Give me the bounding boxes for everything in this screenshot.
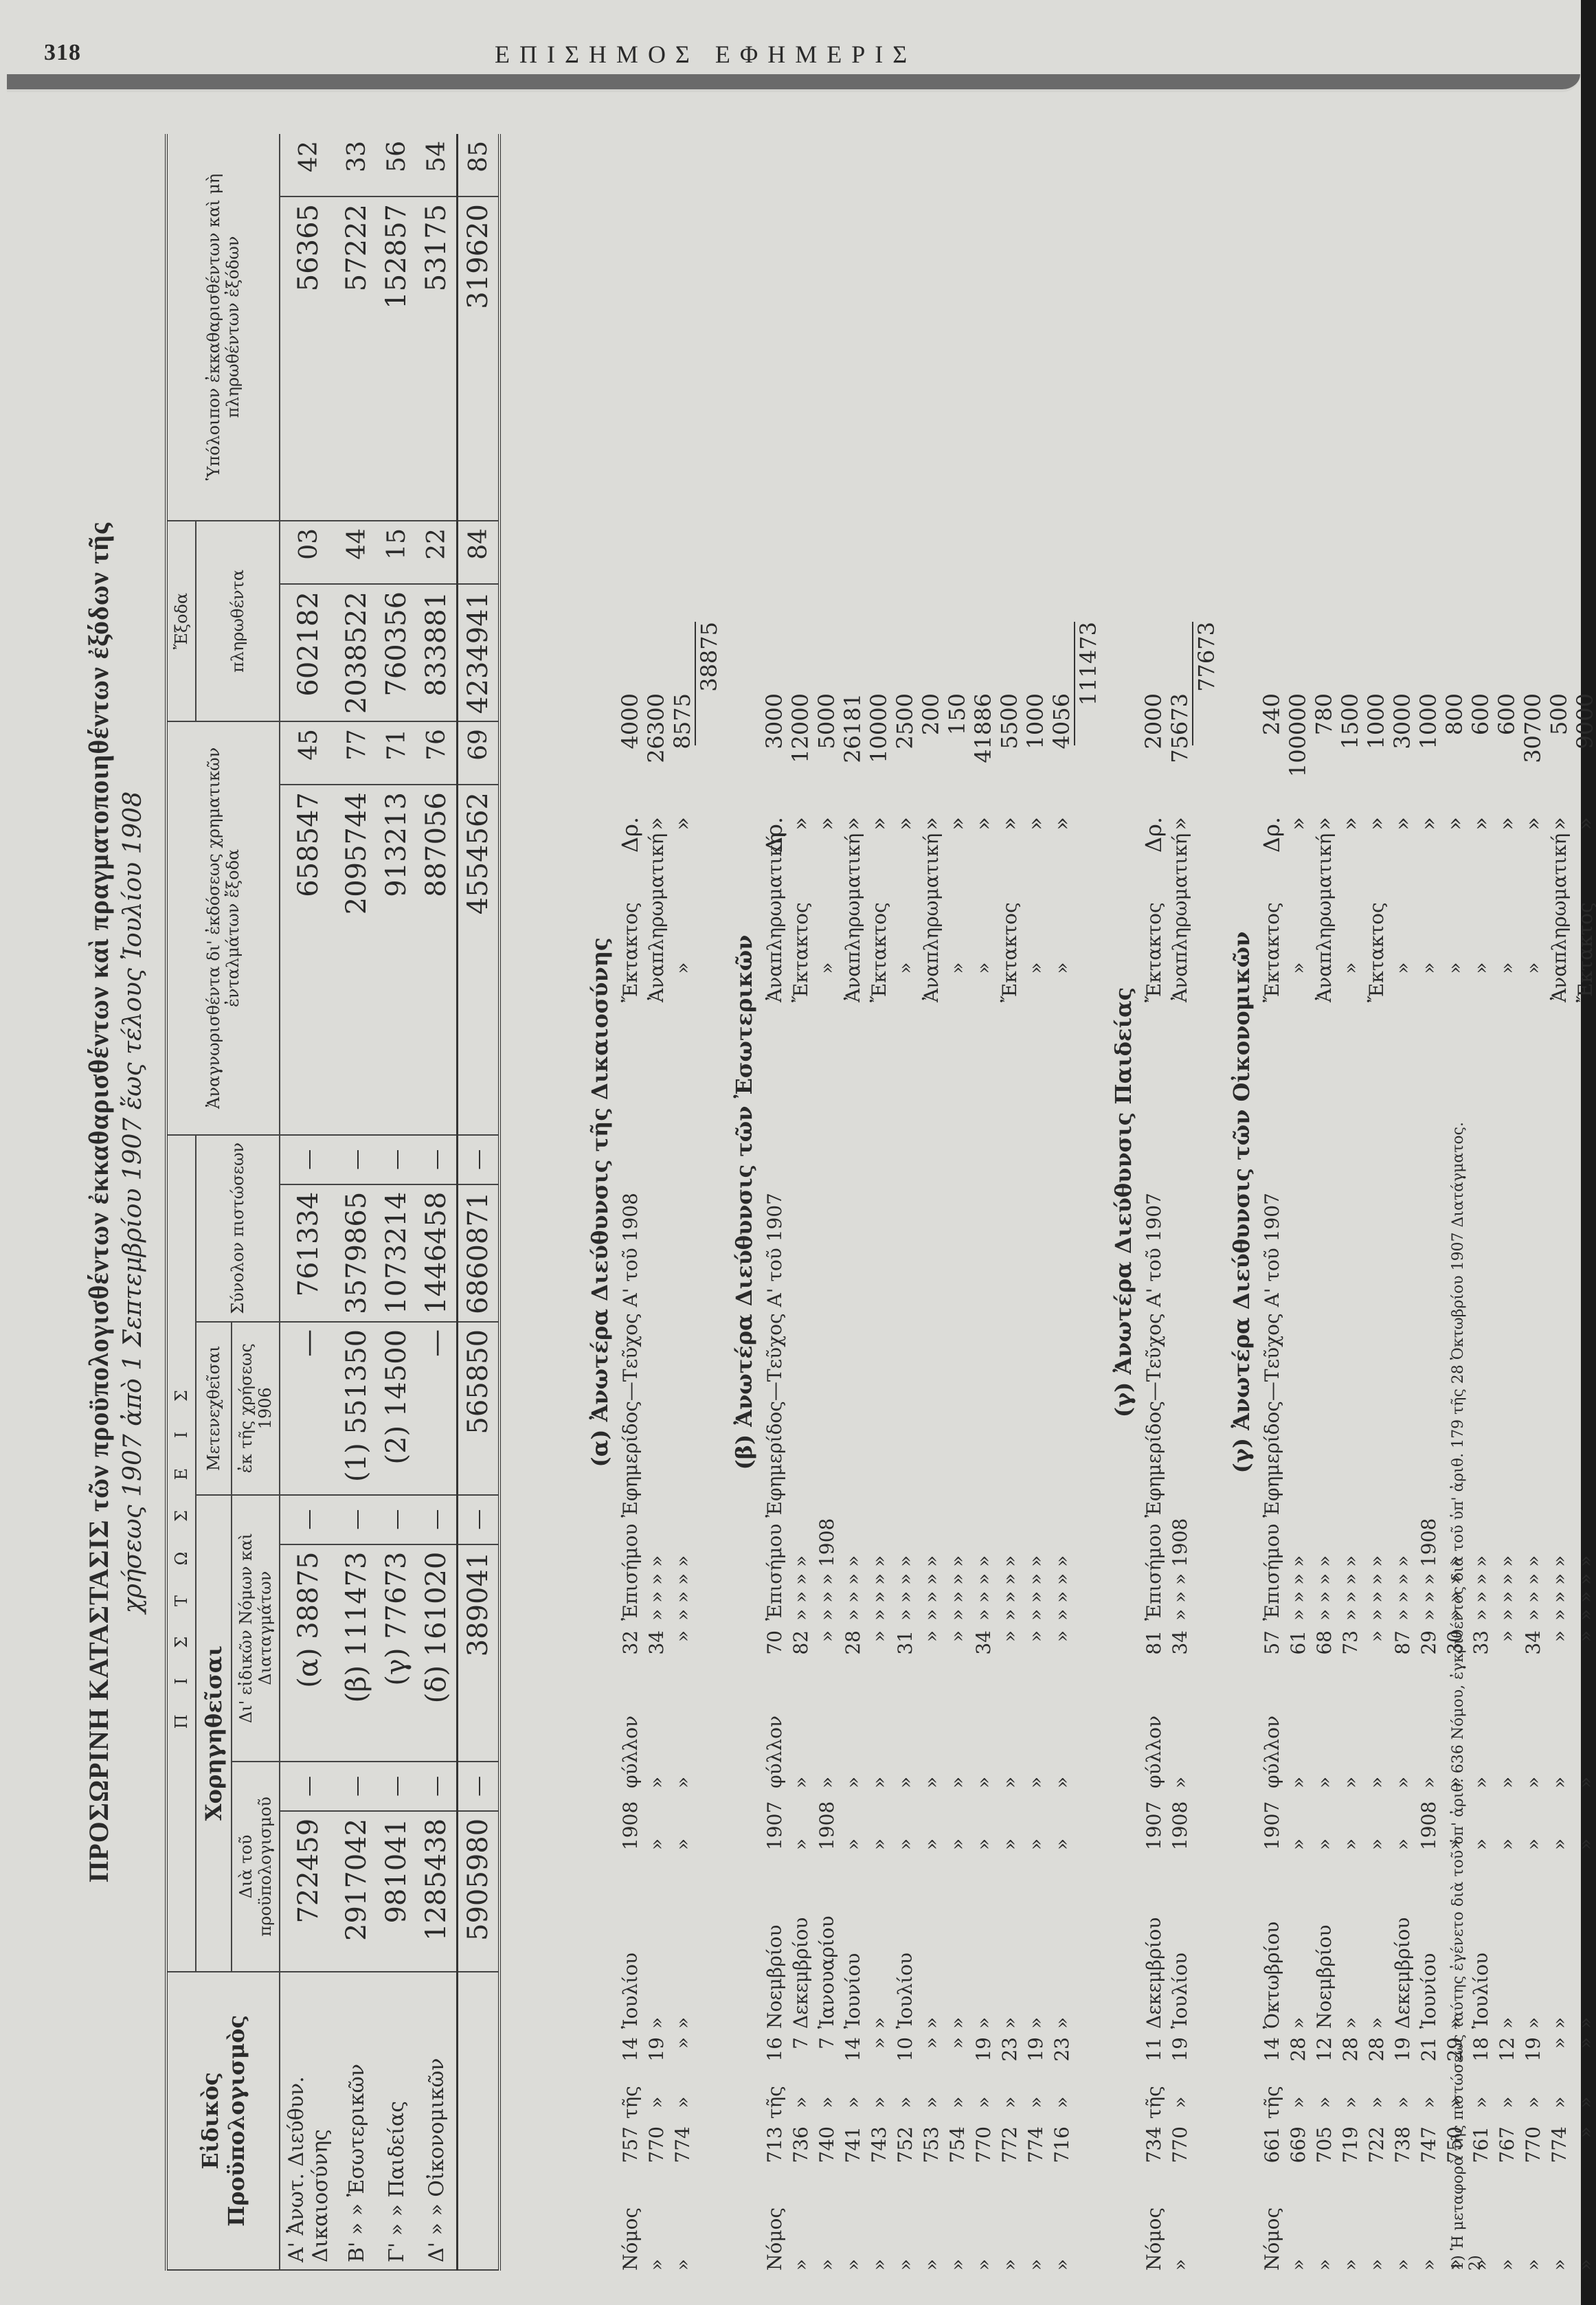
law-law: 754	[946, 2126, 969, 2188]
law-cur: »	[1048, 817, 1075, 934]
law-sheet-label: »	[868, 1672, 890, 1788]
list-item: »743»»»»»»» » » »Ἔκτακτος»10000	[866, 134, 892, 2271]
law-amount: 9000	[1572, 693, 1596, 817]
law-day: 28	[1365, 2037, 1388, 2078]
law-kind: Ἔκτακτος	[1261, 934, 1283, 1002]
gazette-title: ΕΠΙΣΗΜΟΣ ΕΦΗΜΕΡΙΣ	[495, 40, 917, 69]
law-law: 770	[972, 2126, 995, 2188]
law-tis: »	[1287, 2078, 1310, 2126]
law-desc: » » » 1908	[816, 1002, 838, 1630]
law-tis: »	[1574, 2078, 1596, 2126]
law-prefix: »	[1313, 2188, 1336, 2271]
law-sheet: 61	[1287, 1630, 1310, 1672]
law-day: 21	[1417, 2037, 1440, 2078]
law-prefix: »	[998, 2188, 1021, 2271]
law-kind: »	[1522, 934, 1544, 1002]
law-sheet: »	[671, 1630, 694, 1672]
law-sheet: 31	[894, 1630, 917, 1672]
law-kind: »	[816, 934, 838, 1002]
law-tis: »	[1391, 2078, 1414, 2126]
law-tis: »	[671, 2078, 694, 2126]
law-year: 1907	[763, 1788, 786, 1850]
law-prefix: »	[946, 2188, 969, 2271]
law-amount: 1500	[1337, 693, 1363, 817]
law-sheet: 28	[842, 1630, 864, 1672]
banner: Π Ι Σ Τ Ω Σ Ε Ι Σ	[166, 1135, 196, 1972]
law-cur: »	[643, 817, 669, 934]
law-sheet-label: »	[1339, 1672, 1362, 1788]
law-day: 19	[1169, 2037, 1191, 2078]
law-day: 16	[763, 2037, 786, 2078]
law-amount: 3000	[761, 693, 787, 817]
law-month: »	[1050, 1850, 1073, 2037]
law-sheet-label: »	[1548, 1672, 1571, 1788]
law-month: »	[868, 1850, 890, 2037]
law-law: 774	[671, 2126, 694, 2188]
law-sheet-label: »	[1496, 1672, 1518, 1788]
law-prefix: »	[1024, 2188, 1047, 2271]
law-section: (γ) Ἀνωτέρα Διεύθυνσις τῶν ΟἰκονομικῶνΝό…	[1228, 134, 1596, 2271]
section-heading: (β) Ἀνωτέρα Διεύθυνσις τῶν Ἐσωτερικῶν	[731, 134, 757, 2271]
law-cur: Δρ.	[617, 817, 643, 934]
law-desc: » » » »	[1050, 1002, 1073, 1630]
section-total: 38875	[695, 134, 721, 2271]
law-sheet-label: φύλλον	[619, 1672, 642, 1788]
law-kind: Ἔκτακτος	[1365, 934, 1388, 1002]
law-prefix: »	[645, 2188, 668, 2271]
law-cur: »	[1363, 817, 1389, 934]
law-month: »	[920, 1850, 943, 2037]
law-cur: »	[1494, 817, 1520, 934]
law-prefix: »	[671, 2188, 694, 2271]
law-tis: τῆς	[1143, 2078, 1165, 2126]
law-sheet-label: »	[946, 1672, 969, 1788]
totals-row: 5905980— 389041— 565850 6860871— 4554562…	[458, 134, 500, 2270]
law-day: »	[946, 2037, 969, 2078]
law-month: »	[1522, 1850, 1544, 2037]
col-expenses: Ἔξοδα	[166, 521, 196, 721]
law-sheet: »	[920, 1630, 943, 1672]
law-tis: »	[946, 2078, 969, 2126]
law-cur: »	[840, 817, 866, 934]
law-law: 738	[1391, 2126, 1414, 2188]
page-number: 318	[44, 40, 81, 66]
law-desc: » » » 1908	[1169, 1002, 1191, 1630]
law-day: »	[1574, 2037, 1596, 2078]
law-prefix: »	[868, 2188, 890, 2271]
law-sheet: »	[1496, 1630, 1518, 1672]
law-day: 11	[1143, 2037, 1165, 2078]
law-tis: »	[1313, 2078, 1336, 2126]
law-law: 770	[1169, 2126, 1191, 2188]
law-year: »	[1391, 1788, 1414, 1850]
law-sheet: »	[1050, 1630, 1073, 1672]
law-day: 19	[1522, 2037, 1544, 2078]
law-cur: »	[918, 817, 944, 934]
law-day: 14	[1261, 2037, 1283, 2078]
law-sheet: »	[1548, 1630, 1571, 1672]
law-sheet-label: »	[1169, 1672, 1191, 1788]
list-item: »736»7Δεκεμβρίου»»82» » » »Ἔκτακτος»1200…	[787, 134, 813, 2271]
law-desc: » » » »	[645, 1002, 668, 1630]
law-law: 753	[920, 2126, 943, 2188]
law-desc: » » » »	[920, 1002, 943, 1630]
law-cur: »	[1468, 817, 1494, 934]
list-item: Νόμος661τῆς14Ὀκτωβρίου1907φύλλον57Ἐπισήμ…	[1259, 134, 1285, 2271]
law-year: »	[1365, 1788, 1388, 1850]
law-law: 736	[789, 2126, 812, 2188]
law-law: 774	[1548, 2126, 1571, 2188]
col-remaining: Ὑπόλοιπον ἐκκαθαρισθέντων καὶ μὴ πληρωθέ…	[166, 134, 280, 521]
law-cur: »	[1311, 817, 1337, 934]
list-item: »754»»»»»»» » » »»»150	[944, 134, 970, 2271]
law-kind: Ἀναπληρωματική	[1548, 934, 1571, 1002]
law-tis: »	[789, 2078, 812, 2126]
law-month: »	[1287, 1850, 1310, 2037]
law-year: »	[1574, 1788, 1596, 1850]
law-prefix: »	[920, 2188, 943, 2271]
col-transferred: Μετενεχθεῖσαι	[196, 1322, 232, 1495]
law-sheet-label: »	[1391, 1672, 1414, 1788]
section-heading: (γ) Ἀνωτέρα Διεύθυνσις τῶν Οἰκονομικῶν	[1228, 134, 1255, 2271]
header-rule	[7, 74, 1580, 92]
law-law: 740	[816, 2126, 838, 2188]
law-month: »	[972, 1850, 995, 2037]
law-desc: » » » »	[1522, 1002, 1544, 1630]
law-desc: » » » »	[894, 1002, 917, 1630]
law-law: 772	[998, 2126, 1021, 2188]
law-prefix: »	[1574, 2188, 1596, 2271]
law-kind: »	[1391, 934, 1414, 1002]
law-sheet: 34	[645, 1630, 668, 1672]
law-desc: » » » »	[972, 1002, 995, 1630]
law-year: 1908	[1417, 1788, 1440, 1850]
law-cur: »	[1389, 817, 1415, 934]
law-prefix: »	[1050, 2188, 1073, 2271]
law-cur: »	[1337, 817, 1363, 934]
law-tis: »	[972, 2078, 995, 2126]
law-tis: »	[1339, 2078, 1362, 2126]
list-item: »»»»»»»»» » » »Ἔκτακτος»9000	[1572, 134, 1596, 2271]
law-sheet-label: »	[1024, 1672, 1047, 1788]
list-item: Νόμος713τῆς16Νοεμβρίου1907φύλλον70Ἐπισήμ…	[761, 134, 787, 2271]
law-kind: »	[1496, 934, 1518, 1002]
list-item: »774»19»»»»» » » »»»1000	[1022, 134, 1048, 2271]
law-sheet-label: φύλλον	[1261, 1672, 1283, 1788]
law-year: »	[1024, 1788, 1047, 1850]
law-law: 661	[1261, 2126, 1283, 2188]
table-row: Γ' » » Παιδείας 981041— (γ) 77673— (2) 1…	[376, 134, 416, 2270]
law-tis: »	[645, 2078, 668, 2126]
law-law: 719	[1339, 2126, 1362, 2188]
law-year: »	[972, 1788, 995, 1850]
law-sheet: »	[946, 1630, 969, 1672]
law-tis: »	[1050, 2078, 1073, 2126]
law-prefix: »	[972, 2188, 995, 2271]
law-amount: 1000	[1022, 693, 1048, 817]
law-amount: 26300	[643, 693, 669, 817]
law-prefix: »	[1522, 2188, 1544, 2271]
law-month: »	[1496, 1850, 1518, 2037]
law-month: »	[671, 1850, 694, 2037]
law-day: 7	[789, 2037, 812, 2078]
law-tis: »	[998, 2078, 1021, 2126]
law-tis: τῆς	[763, 2078, 786, 2126]
law-prefix: »	[1339, 2188, 1362, 2271]
law-cur: »	[787, 817, 813, 934]
law-sheet: 29	[1417, 1630, 1440, 1672]
law-kind: »	[1024, 934, 1047, 1002]
law-cur: »	[1285, 817, 1311, 934]
law-sheet-label: »	[972, 1672, 995, 1788]
law-law: 716	[1050, 2126, 1073, 2188]
law-prefix: Νόμος	[1261, 2188, 1283, 2271]
law-law: 747	[1417, 2126, 1440, 2188]
law-sheet-label: »	[998, 1672, 1021, 1788]
col-by-budget: Διὰ τοῦ προϋπολογισμοῦ	[232, 1762, 280, 1972]
law-kind: »	[671, 934, 694, 1002]
document-title: ΠΡΟΣΩΡΙΝΗ ΚΑΤΑΣΤΑΣΙΣ τῶν προϋπολογισθέντ…	[82, 106, 115, 2298]
list-item: »774»»»»»»» » » »Ἀναπληρωματική»500	[1546, 134, 1572, 2271]
law-prefix: »	[1169, 2188, 1191, 2271]
law-cur: »	[892, 817, 918, 934]
law-prefix: Νόμος	[763, 2188, 786, 2271]
law-day: 19	[1024, 2037, 1047, 2078]
law-sheet: »	[1574, 1630, 1596, 1672]
law-desc: » » » »	[1574, 1002, 1596, 1630]
summary-table: Εἰδικὸς Προϋπολογισμὸς Π Ι Σ Τ Ω Σ Ε Ι Σ…	[165, 134, 501, 2271]
law-amount: 2500	[892, 693, 918, 817]
law-sheet: »	[1024, 1630, 1047, 1672]
law-desc: Ἐπισήμου Ἐφημερίδος—Τεῦχος Α' τοῦ 1907	[763, 1002, 786, 1630]
law-sheet: 70	[763, 1630, 786, 1672]
document-subtitle: χρήσεως 1907 ἀπὸ 1 Σεπτεμβρίου 1907 ἕως …	[119, 106, 147, 2298]
law-sheet: »	[998, 1630, 1021, 1672]
law-sheet-label: »	[1522, 1672, 1544, 1788]
law-day: 10	[894, 2037, 917, 2078]
law-month: Δεκεμβρίου	[1143, 1850, 1165, 2037]
law-year: »	[998, 1788, 1021, 1850]
law-kind: »	[1443, 934, 1466, 1002]
law-amount: 4056	[1048, 693, 1075, 817]
law-amount: 10000	[866, 693, 892, 817]
table-row: Δ' » » Οἰκονομικῶν 1285438— (δ) 161020— …	[416, 134, 458, 2270]
law-day: 12	[1313, 2037, 1336, 2078]
law-cur: »	[813, 817, 840, 934]
law-year: »	[894, 1788, 917, 1850]
law-kind: »	[946, 934, 969, 1002]
law-sheet: 68	[1313, 1630, 1336, 1672]
list-item: »752»10Ἰουλίου»»31» » » »»»2500	[892, 134, 918, 2271]
list-item: Νόμος757τῆς14Ἰουλίου1908φύλλον32Ἐπισήμου…	[617, 134, 643, 2271]
law-law: 743	[868, 2126, 890, 2188]
law-kind: Ἔκτακτος	[789, 934, 812, 1002]
list-item: »770»19Ἰουλίου1908»34» » » 1908Ἀναπληρωμ…	[1167, 134, 1193, 2271]
law-month: Ὀκτωβρίου	[1261, 1850, 1283, 2037]
law-amount: 5500	[996, 693, 1022, 817]
footnotes: 1) Ἡ μεταφορὰ τῆς πιστώσεως ταύτης ἐγένε…	[1450, 1122, 1484, 2271]
law-desc: » » » »	[671, 1002, 694, 1630]
law-kind: »	[1417, 934, 1440, 1002]
law-year: »	[868, 1788, 890, 1850]
col-budget: Εἰδικὸς Προϋπολογισμὸς	[166, 1972, 280, 2270]
law-sheet: 81	[1143, 1630, 1165, 1672]
law-cur: Δρ.	[761, 817, 787, 934]
law-sheet-label: »	[1287, 1672, 1310, 1788]
law-desc: » » » »	[1287, 1002, 1310, 1630]
law-amount: 600	[1494, 693, 1520, 817]
section-total-value: 111473	[1074, 622, 1101, 745]
section-heading: (γ) Ἀνωτέρα Διεύθυνσις Παιδείας	[1110, 134, 1136, 2271]
law-tis: τῆς	[619, 2078, 642, 2126]
law-kind: »	[1470, 934, 1492, 1002]
law-law: »	[1574, 2126, 1596, 2188]
footnote: 1) Ἡ μεταφορὰ τῆς πιστώσεως ταύτης ἐγένε…	[1450, 1122, 1467, 2271]
law-tis: »	[1365, 2078, 1388, 2126]
law-desc: » » » »	[842, 1002, 864, 1630]
law-law: 713	[763, 2126, 786, 2188]
list-item: »741»14Ἰουνίου»»28» » » »Ἀναπληρωματική»…	[840, 134, 866, 2271]
law-year: »	[645, 1788, 668, 1850]
law-year: 1908	[1169, 1788, 1191, 1850]
law-amount: 500	[1546, 693, 1572, 817]
law-desc: » » » »	[1496, 1002, 1518, 1630]
law-amount: 3000	[1389, 693, 1415, 817]
law-desc: » » » »	[1391, 1002, 1414, 1630]
law-desc: » » » »	[1365, 1002, 1388, 1630]
law-tis: »	[1169, 2078, 1191, 2126]
section-total: 77673	[1193, 134, 1219, 2271]
col-granted: Χορηγηθεῖσαι	[196, 1495, 232, 1972]
law-year: »	[842, 1788, 864, 1850]
law-day: 14	[619, 2037, 642, 2078]
law-month: »	[998, 1850, 1021, 2037]
law-kind: Ἔκτακτος	[868, 934, 890, 1002]
law-law: 734	[1143, 2126, 1165, 2188]
law-month: »	[645, 1850, 668, 2037]
law-month: Ἰουλίου	[894, 1850, 917, 2037]
footnote: 2)	[1467, 1122, 1484, 2271]
law-year: »	[1287, 1788, 1310, 1850]
law-day: 14	[842, 2037, 864, 2078]
law-tis: »	[816, 2078, 838, 2126]
law-tis: »	[920, 2078, 943, 2126]
law-year: »	[789, 1788, 812, 1850]
rotated-content: ΠΡΟΣΩΡΙΝΗ ΚΑΤΑΣΤΑΣΙΣ τῶν προϋπολογισθέντ…	[69, 106, 1498, 2298]
law-month: Δεκεμβρίου	[789, 1850, 812, 2037]
law-day: 28	[1339, 2037, 1362, 2078]
title-block: ΠΡΟΣΩΡΙΝΗ ΚΑΤΑΣΤΑΣΙΣ τῶν προϋπολογισθέντ…	[82, 106, 147, 2298]
law-sheet-label: »	[645, 1672, 668, 1788]
law-year: »	[920, 1788, 943, 1850]
law-sheet: »	[816, 1630, 838, 1672]
law-law: 774	[1024, 2126, 1047, 2188]
law-law: 767	[1496, 2126, 1518, 2188]
law-sheet: 87	[1391, 1630, 1414, 1672]
law-sheet-label: »	[1417, 1672, 1440, 1788]
list-item: Νόμος734τῆς11Δεκεμβρίου1907φύλλον81Ἐπισή…	[1140, 134, 1167, 2271]
law-desc: » » » »	[1313, 1002, 1336, 1630]
law-day: 7	[816, 2037, 838, 2078]
list-item: »716»23»»»»» » » »»»4056	[1048, 134, 1075, 2271]
law-amount: 2000	[1140, 693, 1167, 817]
law-tis: »	[1522, 2078, 1544, 2126]
law-desc: Ἐπισήμου Ἐφημερίδος—Τεῦχος Α' τοῦ 1908	[619, 1002, 642, 1630]
law-day: »	[868, 2037, 890, 2078]
list-item: »740»7Ἰανουαρίου1908»»» » » 1908»»5000	[813, 134, 840, 2271]
section-total: 111473	[1075, 134, 1101, 2271]
law-month: Νοεμβρίου	[1313, 1850, 1336, 2037]
law-desc: » » » »	[868, 1002, 890, 1630]
list-item: »753»»»»»»» » » »Ἀναπληρωματική»200	[918, 134, 944, 2271]
law-kind: »	[1287, 934, 1310, 1002]
law-month: »	[1024, 1850, 1047, 2037]
list-item: »767»12»»»»» » » »»»600	[1494, 134, 1520, 2271]
law-tis: »	[842, 2078, 864, 2126]
law-prefix: Νόμος	[619, 2188, 642, 2271]
law-prefix: »	[894, 2188, 917, 2271]
law-prefix: »	[816, 2188, 838, 2271]
section-heading: (α) Ἀνωτέρα Διεύθυνσις τῆς Δικαιοσύνης	[587, 134, 613, 2271]
page-header: 318 ΕΠΙΣΗΜΟΣ ΕΦΗΜΕΡΙΣ	[0, 0, 1596, 93]
law-year: »	[671, 1788, 694, 1850]
section-total-value: 38875	[695, 622, 722, 745]
law-amount: 100000	[1285, 693, 1311, 817]
law-month: »	[946, 1850, 969, 2037]
law-cur: »	[1572, 817, 1596, 934]
law-year: »	[1339, 1788, 1362, 1850]
law-day: »	[920, 2037, 943, 2078]
law-month: »	[1365, 1850, 1388, 2037]
law-month: Ἰουνίου	[842, 1850, 864, 2037]
law-sheet-label: »	[842, 1672, 864, 1788]
law-law: 669	[1287, 2126, 1310, 2188]
law-amount: 12000	[787, 693, 813, 817]
list-item: »772»23»»»»» » » »Ἔκτακτος»5500	[996, 134, 1022, 2271]
col-paid: πληρωθέντα	[196, 521, 280, 721]
law-prefix: »	[1496, 2188, 1518, 2271]
law-cur: Δρ.	[1140, 817, 1167, 934]
law-cur: »	[996, 817, 1022, 934]
law-amount: 150	[944, 693, 970, 817]
law-kind: »	[1050, 934, 1073, 1002]
law-year: »	[946, 1788, 969, 1850]
law-desc: Ἐπισήμου Ἐφημερίδος—Τεῦχος Α' τοῦ 1907	[1143, 1002, 1165, 1630]
law-sheet-label: φύλλον	[1143, 1672, 1165, 1788]
law-day: 12	[1496, 2037, 1518, 2078]
law-cur: »	[669, 817, 695, 934]
law-day: 19	[972, 2037, 995, 2078]
law-prefix: »	[842, 2188, 864, 2271]
law-cur: »	[1022, 817, 1048, 934]
law-sheet-label: »	[1050, 1672, 1073, 1788]
law-sheet-label: »	[1365, 1672, 1388, 1788]
law-cur: »	[944, 817, 970, 934]
law-desc: » » » »	[946, 1002, 969, 1630]
law-desc: » » » 1908	[1417, 1002, 1440, 1630]
law-kind: Ἔκτακτος	[1143, 934, 1165, 1002]
law-month: Ἰουλίου	[619, 1850, 642, 2037]
list-item: »722»28»»»»» » » »Ἔκτακτος»1000	[1363, 134, 1389, 2271]
law-sheet-label: »	[816, 1672, 838, 1788]
law-kind: Ἔκτακτος	[998, 934, 1021, 1002]
law-cur: »	[1441, 817, 1468, 934]
law-amount: 780	[1311, 693, 1337, 817]
law-tis: »	[868, 2078, 890, 2126]
law-prefix: »	[1287, 2188, 1310, 2271]
law-month: »	[1548, 1850, 1571, 2037]
law-cur: »	[1415, 817, 1441, 934]
